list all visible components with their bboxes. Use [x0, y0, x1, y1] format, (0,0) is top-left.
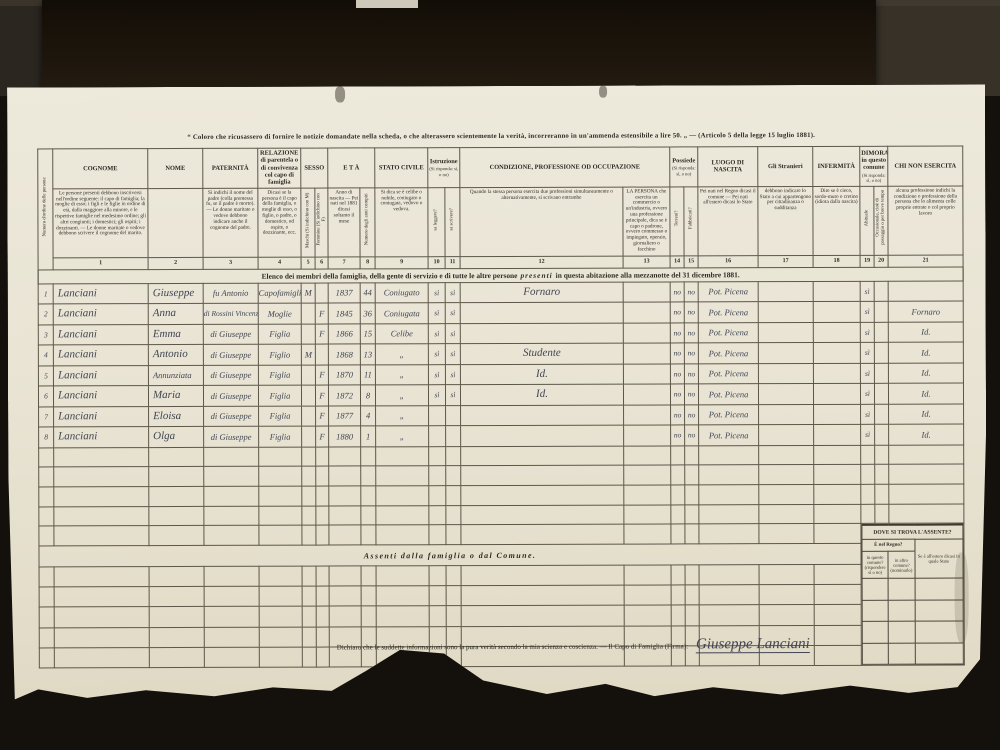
cell-stranieri [759, 425, 814, 446]
col-num: 10 [428, 256, 445, 268]
cell-persona [623, 302, 670, 323]
cell-maschi [302, 406, 316, 427]
cell-anno: 1872 [328, 385, 360, 406]
cell-anni: 8 [360, 385, 375, 406]
col-num: 19 [860, 255, 874, 267]
cell-scrive: sì [445, 364, 460, 385]
cell-nome: Annunziata [148, 365, 203, 386]
col-num: 16 [698, 255, 758, 267]
cell-infermita [814, 404, 861, 425]
cell-scrive: sì [445, 303, 460, 324]
cell-maschi [301, 385, 315, 406]
cell-legge: sì [428, 364, 445, 385]
cell-paternita: di Giuseppe [203, 385, 258, 406]
cell-stranieri [758, 281, 813, 302]
cell-relazione: Figlia [258, 324, 301, 345]
cell-abituale: sì [860, 343, 874, 364]
cell-cognome: Lanciani [53, 386, 148, 407]
cell-professione: Fornaro [460, 282, 623, 303]
cell-chinon: Fornaro [888, 301, 963, 322]
cell-professione [461, 425, 624, 446]
cell-nascita: Pot. Picena [698, 302, 758, 323]
table-row: 3LancianiEmmadi GiuseppeFigliaF186615Cel… [38, 322, 963, 345]
desc-sa-leggere: sa leggere? [428, 187, 445, 256]
desc-luogo-nascita: Pei nati nel Regno dicasi il comune — Pe… [698, 186, 758, 255]
header-sesso: SESSO [301, 148, 328, 188]
cell-stranieri [758, 322, 813, 343]
cell-fabbricati: no [684, 323, 698, 344]
cell-stato: Celibe [375, 323, 428, 344]
cell-infermita [813, 281, 860, 302]
cell-chinon: Id. [888, 342, 963, 363]
cell-femmine [315, 283, 328, 304]
cell-infermita [813, 343, 860, 364]
cell-ordine: 3 [38, 325, 53, 346]
cell-terreni: no [671, 405, 685, 426]
cell-persona [623, 364, 670, 385]
desc-anni-compiti: Numero degli anni compiti [360, 188, 375, 257]
cell-anni: 1 [361, 426, 376, 447]
cell-chinon: Id. [888, 322, 963, 343]
cell-persona [623, 384, 670, 405]
cell-cognome: Lanciani [53, 283, 148, 304]
cell-anno: 1877 [329, 406, 361, 427]
header-istruzione: Istruzione(Si risponda: sì, o no) [428, 148, 460, 188]
cell-legge: sì [428, 385, 445, 406]
paper-tag [356, 0, 418, 8]
cell-relazione: Figlio [258, 344, 301, 365]
cell-occasionale [874, 322, 888, 343]
header-stranieri: Gli Stranieri [758, 147, 813, 187]
cell-paternita: fu Antonio [203, 283, 258, 304]
cell-nome: Olga [149, 427, 204, 448]
cell-cognome: Lanciani [53, 324, 148, 345]
header-ordine: Numero d'ordine delle persone [38, 149, 53, 270]
cell-ordine: 5 [38, 366, 53, 387]
cell-professione [461, 405, 624, 426]
cell-cognome: Lanciani [53, 345, 148, 366]
col-num: 2 [148, 257, 203, 269]
cell-nascita: Pot. Picena [699, 425, 759, 446]
cell-fabbricati: no [685, 425, 699, 446]
cell-nome: Antonio [148, 345, 203, 366]
cell-fabbricati: no [684, 343, 698, 364]
desc-maschi: Maschi (Si indichino con M) [301, 188, 315, 257]
table-row: 1LancianiGiuseppefu AntonioCapofamigliaM… [38, 281, 963, 304]
cell-stranieri [759, 404, 814, 425]
cell-terreni: no [670, 282, 684, 303]
cell-scrive: sì [445, 344, 460, 365]
census-sheet: “ Coloro che ricusassero di fornire le n… [7, 84, 987, 705]
cell-cognome: Lanciani [54, 406, 149, 427]
cell-maschi: M [301, 344, 315, 365]
col-num: 7 [328, 257, 360, 269]
cell-cognome: Lanciani [54, 427, 149, 448]
absent-section-title: Assenti dalla famiglia o dal Comune. [39, 544, 861, 567]
cell-anni: 44 [360, 283, 375, 304]
cell-chinon: Id. [889, 404, 964, 425]
cell-maschi [301, 365, 315, 386]
absent-box-questo-comune: in questo comune? (rispondere sì o no) [862, 551, 888, 578]
cell-femmine [315, 344, 328, 365]
header-nome: NOME [148, 148, 203, 188]
header-eta: E T À [328, 148, 375, 188]
desc-occasionale: Occasionale, cioè di passaggio o per bre… [874, 186, 888, 255]
cell-anni: 13 [360, 344, 375, 365]
desc-nome [148, 188, 203, 257]
cell-occasionale [874, 281, 888, 302]
cell-maschi [301, 324, 315, 345]
cell-anni: 11 [360, 365, 375, 386]
cell-ordine: 8 [39, 427, 54, 448]
cell-professione: Id. [460, 384, 623, 405]
declaration-line: Dichiaro che le suddette informazioni so… [337, 635, 983, 654]
cell-professione [460, 323, 623, 344]
absent-title-row: Assenti dalla famiglia o dal Comune. [39, 543, 964, 566]
cell-stranieri [758, 343, 813, 364]
cell-relazione: Figlia [258, 385, 301, 406]
table-row: 4LancianiAntoniodi GiuseppeFiglioM186813… [38, 342, 963, 365]
cell-terreni: no [670, 364, 684, 385]
cell-abituale: sì [860, 281, 874, 302]
cell-paternita: di Giuseppe [204, 406, 259, 427]
cell-ordine: 4 [38, 345, 53, 366]
col-num: 17 [758, 255, 813, 267]
cell-stranieri [758, 363, 813, 384]
cell-scrive: sì [445, 323, 460, 344]
cell-cognome: Lanciani [53, 304, 148, 325]
empty-row [39, 604, 964, 627]
absent-box-estero: Se è all'estero dicasi in quale Stato [915, 539, 964, 578]
desc-sa-scrivere: sa scrivere? [445, 187, 460, 256]
header-cognome: COGNOME [53, 149, 148, 189]
cell-anni: 4 [361, 406, 376, 427]
cell-abituale: sì [860, 363, 874, 384]
col-num: 12 [460, 256, 623, 269]
col-num: 20 [874, 255, 888, 267]
cell-ordine: 6 [38, 386, 53, 407]
cell-relazione: Figlia [259, 426, 302, 447]
cell-infermita [813, 322, 860, 343]
cell-ordine: 7 [39, 407, 54, 428]
cell-infermita [814, 425, 861, 446]
cell-scrive: sì [445, 282, 460, 303]
header-relazione: RELAZIONE di parentela o di convivenza c… [258, 148, 301, 188]
cell-relazione: Figlia [258, 365, 301, 386]
cell-anno: 1845 [328, 303, 360, 324]
cell-abituale: sì [860, 302, 874, 323]
cell-paternita: di Giuseppe [203, 344, 258, 365]
col-num: 3 [203, 257, 258, 269]
cell-anni: 36 [360, 303, 375, 324]
cell-persona [623, 282, 670, 303]
cell-chinon [888, 281, 963, 302]
cell-stato: Coniugata [375, 303, 428, 324]
cell-professione: Id. [460, 364, 623, 385]
cell-terreni: no [670, 384, 684, 405]
cell-legge: sì [428, 323, 445, 344]
desc-stranieri: debbono indicare lo Stato a cui apparten… [758, 186, 813, 255]
legal-notice: “ Coloro che ricusassero di fornire le n… [43, 132, 959, 142]
cell-stranieri [758, 384, 813, 405]
cell-nome: Maria [148, 386, 203, 407]
table-row: 2LancianiAnnadi Rossini VincenzoMoglieF1… [38, 301, 963, 324]
desc-chi-non-esercita: alcuna professione indichi la condizione… [888, 186, 963, 255]
desc-stato-civile: Si dica se è celibe o nubile, coniugato … [375, 188, 428, 257]
cell-occasionale [874, 302, 888, 323]
empty-row: DOVE SI TROVA L'ASSENTE? È nel Regno? Se… [39, 523, 964, 546]
desc-infermita: Dire se è cieco, sordo-muto o cretino (i… [813, 186, 860, 255]
absent-box-regno: È nel Regno? [862, 539, 915, 551]
head-of-family-signature: Giuseppe Lanciani [696, 636, 810, 653]
cell-terreni: no [670, 302, 684, 323]
cell-nome: Giuseppe [148, 283, 203, 304]
cell-femmine: F [315, 324, 328, 345]
cell-infermita [813, 384, 860, 405]
cell-scrive [446, 405, 461, 426]
cell-occasionale [874, 363, 888, 384]
cell-maschi [302, 426, 316, 447]
cell-paternita: di Rossini Vincenzo [203, 303, 258, 324]
cell-nascita: Pot. Picena [699, 404, 759, 425]
header-luogo-nascita: LUOGO DI NASCITA [698, 147, 758, 187]
cell-femmine: F [315, 365, 328, 386]
header-paternita: PATERNITÀ [203, 148, 258, 188]
header-condizione: CONDIZIONE, PROFESSIONE OD OCCUPAZIONE [460, 147, 670, 187]
cell-nascita: Pot. Picena [698, 343, 758, 364]
declaration-text: Dichiaro che le suddette informazioni so… [337, 642, 688, 651]
census-table: Numero d'ordine delle persone COGNOME NO… [37, 146, 965, 669]
cell-infermita [813, 302, 860, 323]
cell-terreni: no [670, 343, 684, 364]
cell-femmine: F [316, 426, 329, 447]
desc-condizione: Quando la stessa persona esercita due pr… [460, 187, 623, 256]
cell-relazione: Capofamiglia [258, 283, 301, 304]
desc-relazione: Dicasi se la persona è il capo della fam… [258, 188, 301, 257]
cell-occasionale [874, 384, 888, 405]
col-num: 4 [258, 257, 301, 269]
col-num: 6 [315, 257, 328, 269]
cell-abituale: sì [860, 384, 874, 405]
col-num: 18 [813, 255, 860, 267]
cell-stato: „ [376, 405, 429, 426]
cell-stato: „ [376, 426, 429, 447]
cell-nome: Emma [148, 324, 203, 345]
desc-terreni: Terreni? [670, 187, 684, 256]
cell-nascita: Pot. Picena [698, 322, 758, 343]
cell-cognome: Lanciani [53, 365, 148, 386]
header-possiede: Possiede(Si risponda: sì, o no) [670, 147, 698, 187]
cell-anno: 1868 [328, 344, 360, 365]
table-row: 8LancianiOlgadi GiuseppeFigliaF18801„non… [39, 424, 964, 447]
cell-anno: 1866 [328, 324, 360, 345]
desc-paternita: Si indichi il nome del padre (colla prem… [203, 188, 258, 257]
cell-femmine: F [316, 406, 329, 427]
col-num: 9 [375, 256, 428, 268]
absent-box-altro-comune: in altro comune? (nominarlo) [888, 551, 914, 578]
cell-chinon: Id. [888, 363, 963, 384]
cell-stato: „ [375, 364, 428, 385]
cell-fabbricati: no [684, 384, 698, 405]
header-chi-non-esercita: CHI NON ESERCITA [888, 146, 963, 186]
cell-professione [460, 302, 623, 323]
cell-abituale: sì [861, 404, 875, 425]
header-dimora: DIMORA in questo comune(Si risponda: sì,… [860, 146, 888, 186]
header-infermita: INFERMITÀ [813, 146, 860, 186]
cell-infermita [813, 363, 860, 384]
cell-persona [624, 425, 671, 446]
scanner-background-left [0, 0, 46, 96]
cell-paternita: di Giuseppe [203, 324, 258, 345]
table-row: 7LancianiEloisadi GiuseppeFigliaF18774„n… [39, 404, 964, 427]
cell-persona [623, 343, 670, 364]
cell-relazione: Figlia [259, 406, 302, 427]
cell-nome: Eloisa [149, 406, 204, 427]
cell-occasionale [875, 425, 889, 446]
cell-anno: 1837 [328, 283, 360, 304]
cell-legge [429, 405, 446, 426]
scanner-background-right [868, 0, 1000, 96]
col-num: 11 [445, 256, 460, 268]
cell-chinon: Id. [889, 424, 964, 445]
cell-persona [624, 405, 671, 426]
desc-anno-nascita: Anno di nascita — Pei nati nel 1881 dica… [328, 188, 360, 257]
cell-legge: sì [428, 303, 445, 324]
table-row: 6LancianiMariadi GiuseppeFigliaF18728„sì… [38, 383, 963, 406]
cell-stato: „ [375, 344, 428, 365]
cell-femmine: F [315, 303, 328, 324]
cell-nascita: Pot. Picena [698, 281, 758, 302]
cell-nome: Anna [148, 304, 203, 325]
cell-terreni: no [670, 323, 684, 344]
cell-occasionale [875, 404, 889, 425]
empty-row [39, 584, 964, 607]
absent-box-title: DOVE SI TROVA L'ASSENTE? [862, 525, 963, 540]
cell-chinon: Id. [888, 383, 963, 404]
cell-maschi [301, 303, 315, 324]
cell-stato: „ [375, 385, 428, 406]
cell-anni: 15 [360, 324, 375, 345]
cell-ordine: 1 [38, 284, 53, 305]
cell-scrive: sì [445, 385, 460, 406]
cell-fabbricati: no [684, 282, 698, 303]
table-row: 5LancianiAnnunziatadi GiuseppeFigliaF187… [38, 363, 963, 386]
cell-stranieri [758, 302, 813, 323]
cell-ordine: 2 [38, 304, 53, 325]
cell-legge: sì [428, 344, 445, 365]
header-stato-civile: STATO CIVILE [375, 148, 428, 188]
cell-abituale: sì [860, 322, 874, 343]
col-num: 1 [53, 257, 148, 269]
cell-maschi: M [301, 283, 315, 304]
desc-cognome: Le persone presenti debbono inscriversi … [53, 188, 148, 257]
col-num: 15 [684, 256, 698, 268]
cell-paternita: di Giuseppe [204, 426, 259, 447]
cell-fabbricati: no [684, 302, 698, 323]
col-num: 8 [360, 257, 375, 269]
cell-legge [429, 426, 446, 447]
cell-professione: Studente [460, 343, 623, 364]
cell-fabbricati: no [684, 364, 698, 385]
cell-anno: 1880 [329, 426, 361, 447]
cell-persona [623, 323, 670, 344]
cell-legge: sì [428, 282, 445, 303]
empty-row [39, 564, 964, 587]
cell-relazione: Moglie [258, 303, 301, 324]
cell-terreni: no [671, 425, 685, 446]
desc-fabbricati: Fabbricati? [684, 187, 698, 256]
cell-stato: Coniugato [375, 282, 428, 303]
cell-nascita: Pot. Picena [698, 363, 758, 384]
cell-abituale: sì [861, 425, 875, 446]
col-num: 14 [670, 256, 684, 268]
desc-abituale: Abituale [860, 186, 874, 255]
desc-la-persona: LA PERSONA che esercita un commercio o u… [623, 187, 670, 256]
cell-anno: 1870 [328, 365, 360, 386]
tear-mark [599, 86, 607, 98]
cell-paternita: di Giuseppe [203, 365, 258, 386]
cell-nascita: Pot. Picena [698, 384, 758, 405]
cell-femmine: F [315, 385, 328, 406]
cell-occasionale [874, 343, 888, 364]
cell-scrive [446, 426, 461, 447]
col-num: 21 [888, 255, 963, 267]
desc-femmine: Femmine (Si indichino con F) [315, 188, 328, 257]
col-num: 5 [301, 257, 315, 269]
col-num: 13 [623, 256, 670, 268]
book-cover-top [42, 0, 876, 92]
cell-fabbricati: no [685, 405, 699, 426]
tear-mark [335, 86, 345, 102]
